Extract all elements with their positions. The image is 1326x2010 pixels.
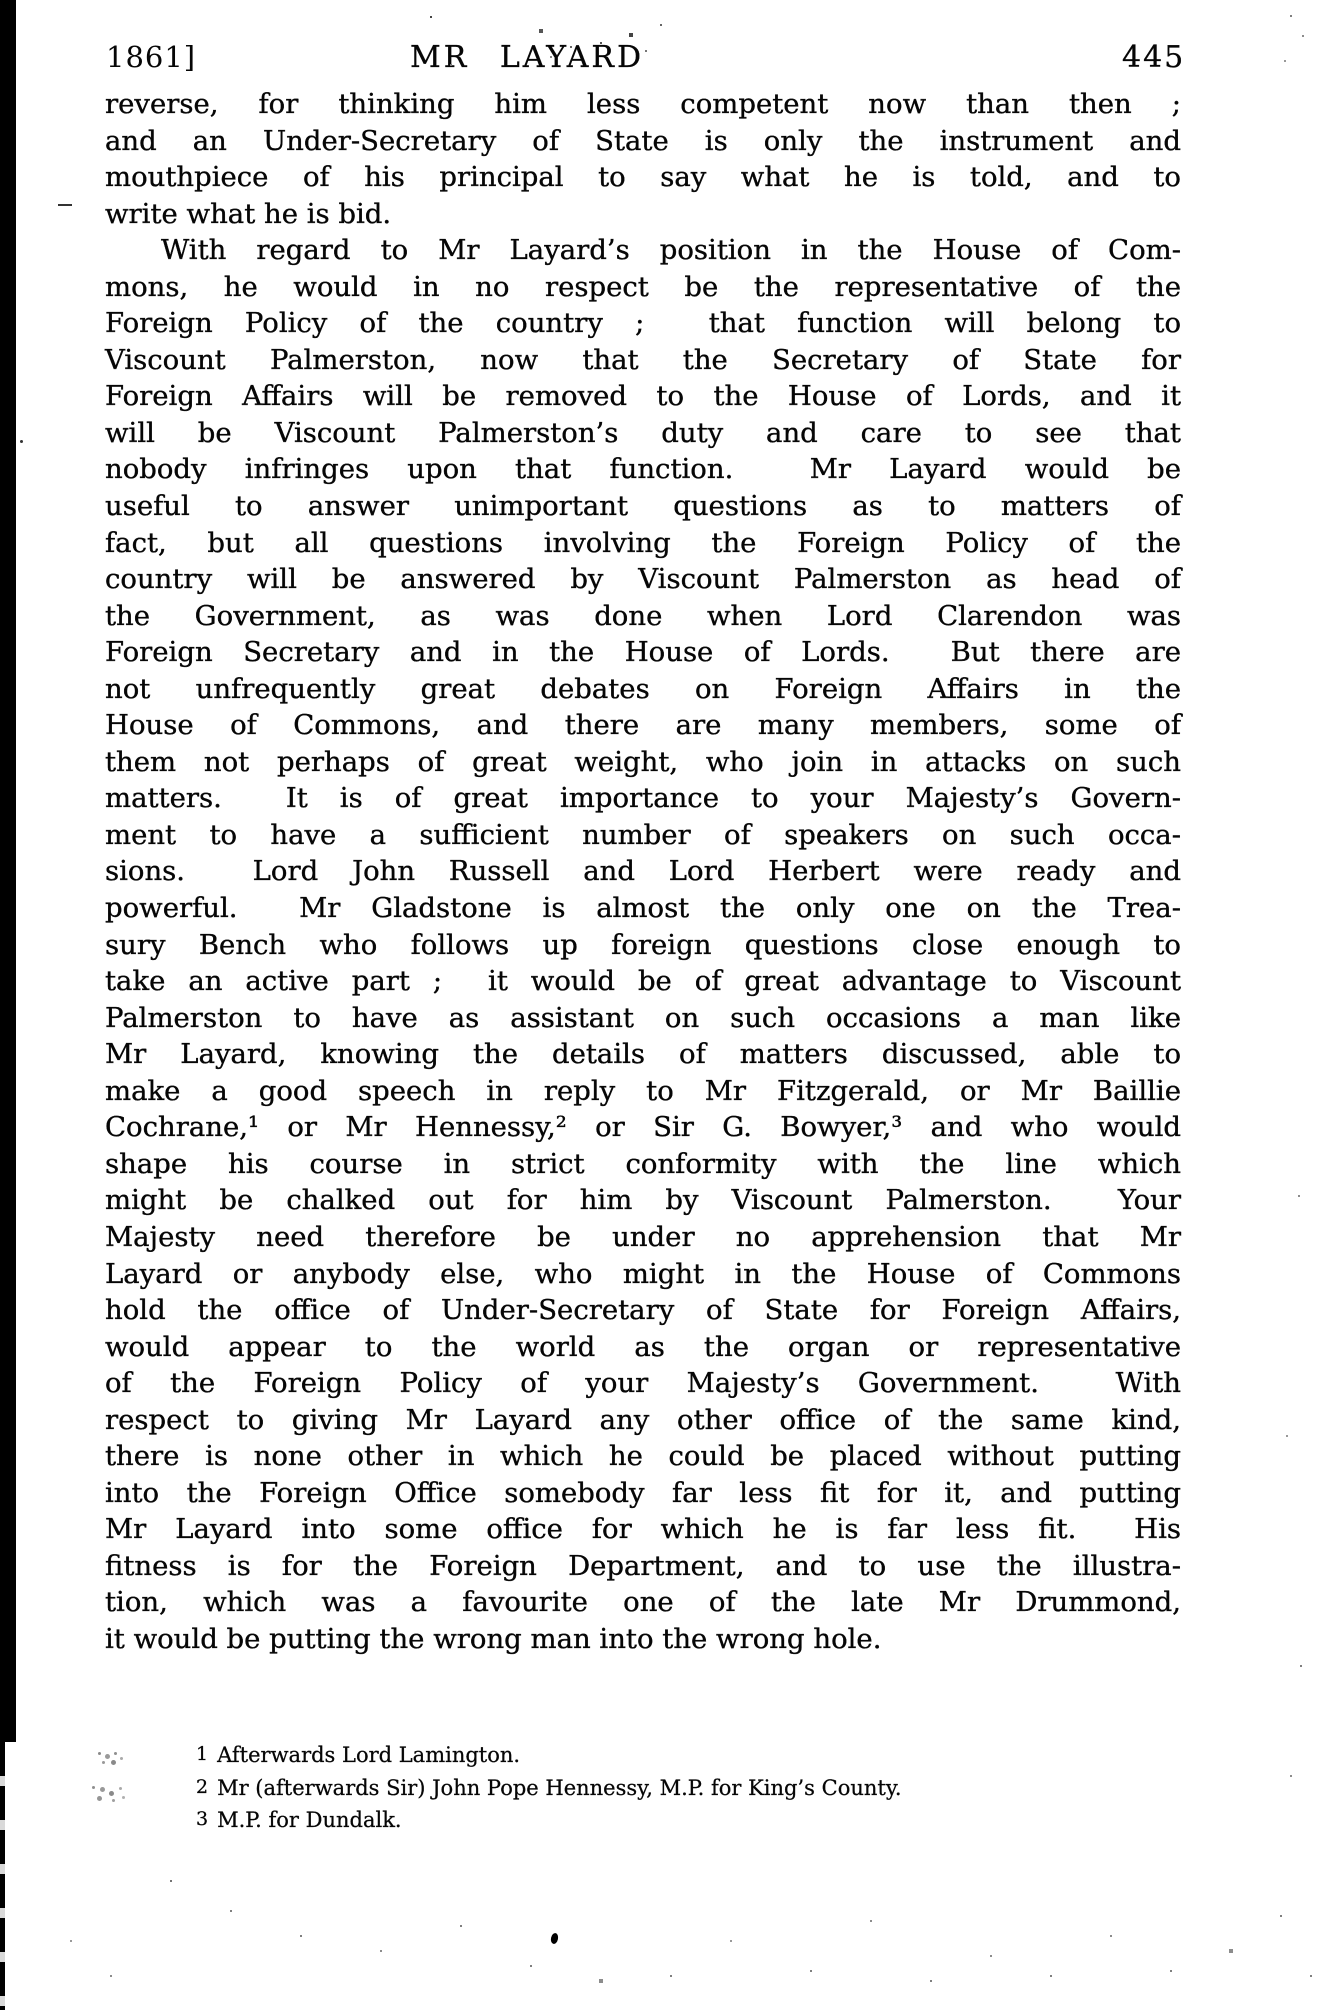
paragraph: reverse, for thinking him less competent… xyxy=(105,86,1181,232)
scan-noise-smudge xyxy=(98,1752,101,1755)
footnote-number: 1 xyxy=(196,1739,208,1771)
page-header: 1861] MR LAYARD 445 xyxy=(0,40,1326,80)
scan-noise-smudge xyxy=(92,1786,95,1789)
text-line: Mr Layard, knowing the details of matter… xyxy=(105,1036,1181,1073)
text-line: would appear to the world as the organ o… xyxy=(105,1329,1181,1366)
text-line: House of Commons, and there are many mem… xyxy=(105,707,1181,744)
text-line: useful to answer unimportant questions a… xyxy=(105,488,1181,525)
text-line: hold the office of Under-Secretary of St… xyxy=(105,1292,1181,1329)
footnote-number: 2 xyxy=(196,1772,208,1804)
text-line: Palmerston to have as assistant on such … xyxy=(105,1000,1181,1037)
text-line: and an Under-Secretary of State is only … xyxy=(105,123,1181,160)
text-line: Foreign Policy of the country ; that fun… xyxy=(105,305,1181,342)
text-line: them not perhaps of great weight, who jo… xyxy=(105,744,1181,781)
text-line: Mr Layard into some office for which he … xyxy=(105,1511,1181,1548)
footnote-text: M.P. for Dundalk. xyxy=(217,1808,402,1832)
text-line: Viscount Palmerston, now that the Secret… xyxy=(105,342,1181,379)
text-line: might be chalked out for him by Viscount… xyxy=(105,1182,1181,1219)
text-line: ment to have a sufficient number of spea… xyxy=(105,817,1181,854)
text-line: mons, he would in no respect be the repr… xyxy=(105,269,1181,306)
scan-noise-top xyxy=(430,16,432,18)
header-year: 1861] xyxy=(106,40,196,74)
text-line: fitness is for the Foreign Department, a… xyxy=(105,1548,1181,1585)
text-line: it would be putting the wrong man into t… xyxy=(105,1621,1181,1658)
text-line: sions. Lord John Russell and Lord Herber… xyxy=(105,853,1181,890)
scan-noise-dot xyxy=(20,440,23,443)
text-line: powerful. Mr Gladstone is almost the onl… xyxy=(105,890,1181,927)
text-line: sury Bench who follows up foreign questi… xyxy=(105,927,1181,964)
text-line: there is none other in which he could be… xyxy=(105,1438,1181,1475)
scan-noise-bottom xyxy=(170,1880,172,1882)
text-line: take an active part ; it would be of gre… xyxy=(105,963,1181,1000)
footnote: 1Afterwards Lord Lamington. xyxy=(196,1740,1196,1773)
text-line: Foreign Affairs will be removed to the H… xyxy=(105,378,1181,415)
scan-edge-artifact xyxy=(0,0,16,1742)
book-page: 1861] MR LAYARD 445 reverse, for thinkin… xyxy=(0,0,1326,2010)
footnote: 3M.P. for Dundalk. xyxy=(196,1805,1196,1838)
header-page-number: 445 xyxy=(1122,40,1185,75)
text-line: mouthpiece of his principal to say what … xyxy=(105,159,1181,196)
header-running-title: MR LAYARD xyxy=(410,40,644,75)
text-line: fact, but all questions involving the Fo… xyxy=(105,525,1181,562)
text-line: not unfrequently great debates on Foreig… xyxy=(105,671,1181,708)
scan-noise-inkdot xyxy=(550,1932,559,1944)
text-line: With regard to Mr Layard’s position in t… xyxy=(105,232,1181,269)
text-line: country will be answered by Viscount Pal… xyxy=(105,561,1181,598)
text-line: make a good speech in reply to Mr Fitzge… xyxy=(105,1073,1181,1110)
footnote-text: Mr (afterwards Sir) John Pope Hennessy, … xyxy=(217,1776,901,1800)
text-line: Layard or anybody else, who might in the… xyxy=(105,1256,1181,1293)
text-line: respect to giving Mr Layard any other of… xyxy=(105,1402,1181,1439)
text-line: write what he is bid. xyxy=(105,196,1181,233)
body-text: reverse, for thinking him less competent… xyxy=(105,86,1181,1658)
text-line: nobody infringes upon that function. Mr … xyxy=(105,451,1181,488)
text-line: the Government, as was done when Lord Cl… xyxy=(105,598,1181,635)
text-line: into the Foreign Office somebody far les… xyxy=(105,1475,1181,1512)
text-line: Cochrane,¹ or Mr Hennessy,² or Sir G. Bo… xyxy=(105,1109,1181,1146)
text-line: Foreign Secretary and in the House of Lo… xyxy=(105,634,1181,671)
paragraph: With regard to Mr Layard’s position in t… xyxy=(105,232,1181,1657)
footnotes: 1Afterwards Lord Lamington.2Mr (afterwar… xyxy=(196,1740,1196,1838)
text-line: tion, which was a favourite one of the l… xyxy=(105,1584,1181,1621)
text-line: Majesty need therefore be under no appre… xyxy=(105,1219,1181,1256)
text-line: of the Foreign Policy of your Majesty’s … xyxy=(105,1365,1181,1402)
scan-noise-dash xyxy=(58,204,72,206)
text-line: matters. It is of great importance to yo… xyxy=(105,780,1181,817)
footnote-number: 3 xyxy=(196,1804,208,1836)
text-line: reverse, for thinking him less competent… xyxy=(105,86,1181,123)
text-line: shape his course in strict conformity wi… xyxy=(105,1146,1181,1183)
scan-edge-artifact-thin xyxy=(0,1742,5,2010)
footnote-text: Afterwards Lord Lamington. xyxy=(217,1743,520,1767)
footnote: 2Mr (afterwards Sir) John Pope Hennessy,… xyxy=(196,1773,1196,1806)
scan-noise-right xyxy=(1290,15,1292,17)
text-line: will be Viscount Palmerston’s duty and c… xyxy=(105,415,1181,452)
